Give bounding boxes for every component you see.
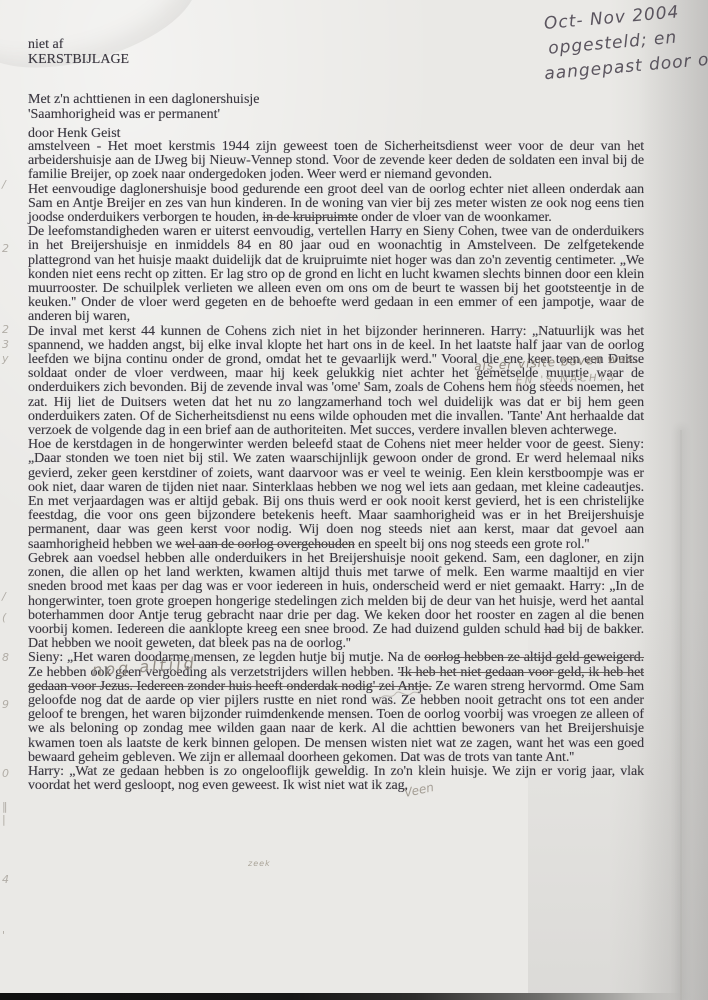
margin-mark: |	[2, 813, 6, 826]
margin-mark: 3	[2, 338, 9, 351]
margin-mark: 4	[2, 873, 9, 886]
article-subtitle: 'Saamhorigheid was er permanent'	[28, 108, 220, 123]
paragraph: Het eenvoudige daglonershuisje bood gedu…	[28, 183, 644, 226]
section-kicker: KERSTBIJLAGE	[28, 53, 129, 68]
struck-text: in de kruipruimte	[262, 210, 358, 225]
header-note: niet af	[28, 38, 63, 53]
text-run: en speelt bij ons nog steeds een grote r…	[355, 537, 590, 552]
struck-text: oorlog hebben ze altijd geld geweigerd.	[424, 650, 644, 665]
paragraph: Hoe de kerstdagen in de hongerwinter wer…	[28, 438, 644, 552]
margin-mark: 8	[2, 651, 9, 664]
article-body: amstelveen - Het moet kerstmis 1944 zijn…	[28, 140, 644, 793]
margin-mark: /	[2, 178, 6, 191]
margin-mark: '	[2, 929, 5, 942]
paragraph: amstelveen - Het moet kerstmis 1944 zijn…	[28, 140, 644, 183]
pencil-note-faint: zeek	[248, 859, 271, 868]
paragraph: De leefomstandigheden waren er uiterst e…	[28, 225, 644, 324]
margin-mark: 2	[2, 323, 9, 336]
text-run: amstelveen - Het moet kerstmis 1944 zijn…	[28, 139, 644, 182]
margin-mark: ‖	[2, 800, 8, 813]
struck-text: wel aan de oorlog overgehouden	[175, 537, 354, 552]
scanned-document-page: niet af KERSTBIJLAGE Met z'n achttienen …	[0, 0, 708, 1000]
text-run: onder de vloer van de woonkamer.	[358, 210, 552, 225]
struck-text: had	[544, 622, 564, 637]
margin-mark: (	[2, 611, 6, 624]
margin-mark: 0	[2, 767, 9, 780]
text-run: Hoe de kerstdagen in de hongerwinter wer…	[28, 437, 644, 551]
article-title: Met z'n achttienen in een daglonershuisj…	[28, 93, 260, 108]
paragraph: Harry: „Wat ze gedaan hebben is zo ongel…	[28, 765, 644, 793]
handwritten-date-note: Oct- Nov 2004 opgesteld; en aangepast do…	[543, 0, 708, 87]
margin-mark: 9	[2, 698, 9, 711]
text-run: Sieny: „Het waren doodarme mensen, ze le…	[28, 650, 424, 665]
text-run: Harry: „Wat ze gedaan hebben is zo ongel…	[28, 764, 644, 793]
paragraph: Gebrek aan voedsel hebben alle onderduik…	[28, 552, 644, 651]
margin-mark: /	[2, 590, 6, 603]
scanner-edge-bar	[0, 993, 692, 1000]
text-run: Ze hebben ook geen vergoeding als verzet…	[28, 665, 398, 680]
pencil-scribble-icon	[378, 687, 422, 703]
margin-mark: y	[2, 352, 9, 365]
paper-fold-line	[680, 430, 682, 1000]
margin-mark: 2	[2, 242, 9, 255]
text-run: De leefomstandigheden waren er uiterst e…	[28, 224, 644, 324]
